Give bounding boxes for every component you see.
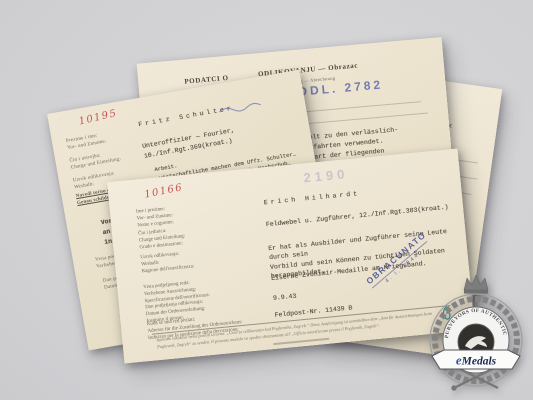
rank-label: Čin i ustrojba: Charge und Einteilung: xyxy=(69,150,122,172)
ruled-line xyxy=(291,101,421,113)
document-erich-hilhardt-form: 10166 2190 Ime i prezime: Vor- und Zunam… xyxy=(107,149,475,364)
crown-icon xyxy=(464,275,488,290)
emedals-badge: PURVEYORS OF AUTHENTIC MILITARIA eMedals xyxy=(422,268,530,396)
red-registry-number: 10195 xyxy=(78,109,119,128)
ordinal-stamp-faint: 2190 xyxy=(303,167,349,184)
red-registry-number: 10166 xyxy=(144,183,185,201)
photo-backdrop: 2782 ODLIKOVANJU — Obrazac …zeichnung — … xyxy=(0,0,533,400)
pencil-annotation xyxy=(216,98,267,117)
print-credit-microtext xyxy=(273,338,329,345)
name-label: Prezime i ime: Vor- und Zuname: xyxy=(66,132,107,152)
crown-band xyxy=(464,290,488,294)
brand-wordmark: eMedals xyxy=(456,353,497,368)
